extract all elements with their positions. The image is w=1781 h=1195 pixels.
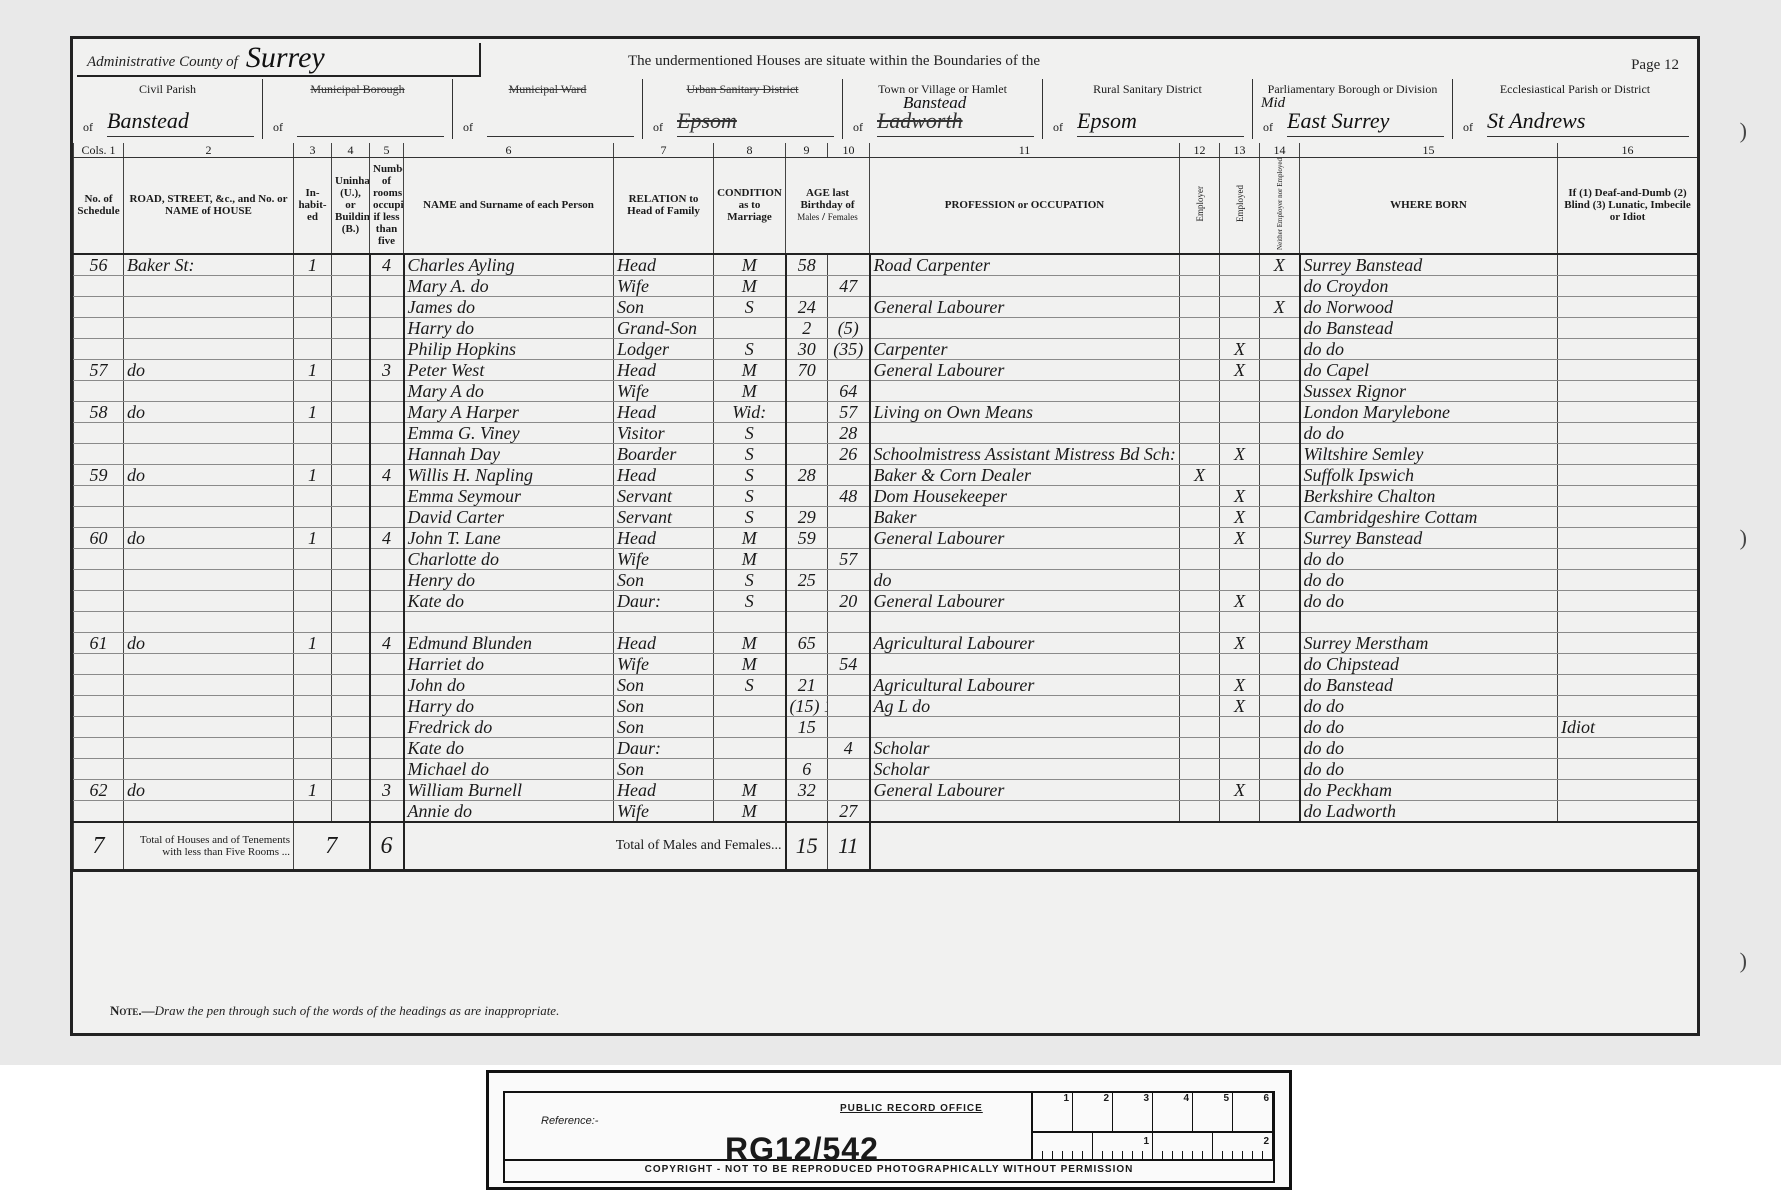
female-age-cell: 57 — [828, 548, 870, 569]
header-condition: CONDITION as to Marriage — [714, 158, 786, 254]
male-age-cell — [786, 485, 828, 506]
female-age-cell — [828, 527, 870, 548]
female-age-cell: 4 — [828, 737, 870, 758]
employer-cell — [1180, 527, 1220, 548]
occupation-cell: General Labourer — [870, 779, 1180, 800]
relation-cell: Daur: — [614, 590, 714, 611]
inhabited-cell — [294, 590, 332, 611]
neither-cell — [1260, 422, 1300, 443]
header-relation: RELATION to Head of Family — [614, 158, 714, 254]
rooms-cell — [370, 275, 404, 296]
table-row: 59do14Willis H. NaplingHeadS28Baker & Co… — [74, 464, 1698, 485]
rooms-cell: 3 — [370, 779, 404, 800]
header-employed: Employed — [1220, 158, 1260, 254]
employer-cell — [1180, 401, 1220, 422]
occupation-cell: General Labourer — [870, 359, 1180, 380]
name-cell: Charlotte do — [404, 548, 614, 569]
condition-cell: S — [714, 296, 786, 317]
name-cell: Willis H. Napling — [404, 464, 614, 485]
scale-tick: 2 — [1213, 1133, 1273, 1159]
column-header-row: No. of Schedule ROAD, STREET, &c., and N… — [74, 158, 1698, 254]
road-cell — [124, 611, 294, 632]
condition-cell: S — [714, 674, 786, 695]
name-cell: Michael do — [404, 758, 614, 779]
condition-cell: M — [714, 653, 786, 674]
infirmity-cell — [1558, 464, 1698, 485]
born-cell: Berkshire Chalton — [1300, 485, 1558, 506]
header-schedule: No. of Schedule — [74, 158, 124, 254]
scanned-page: Administrative County of Surrey The unde… — [0, 0, 1781, 1065]
schedule-cell: 60 — [74, 527, 124, 548]
occupation-cell: Dom Housekeeper — [870, 485, 1180, 506]
road-cell: do — [124, 464, 294, 485]
totals-row: 7 Total of Houses and of Tenements with … — [74, 822, 1698, 871]
infirmity-cell — [1558, 548, 1698, 569]
inhabited-cell — [294, 296, 332, 317]
name-cell: William Burnell — [404, 779, 614, 800]
rooms-cell — [370, 716, 404, 737]
schedule-cell: 58 — [74, 401, 124, 422]
born-cell: do do — [1300, 590, 1558, 611]
occupation-cell: Baker — [870, 506, 1180, 527]
schedule-cell — [74, 800, 124, 822]
header-rooms: Number of rooms occupied if less than fi… — [370, 158, 404, 254]
table-row: 58do1Mary A HarperHeadWid:57Living on Ow… — [74, 401, 1698, 422]
infirmity-cell — [1558, 317, 1698, 338]
born-cell: Surrey Merstham — [1300, 632, 1558, 653]
condition-cell — [714, 758, 786, 779]
inhabited-cell — [294, 275, 332, 296]
neither-cell — [1260, 779, 1300, 800]
female-age-cell — [828, 506, 870, 527]
table-row: Kate doDaur:S20General LabourerXdo do — [74, 590, 1698, 611]
male-age-cell — [786, 380, 828, 401]
name-cell — [404, 611, 614, 632]
infirmity-cell — [1558, 254, 1698, 276]
condition-cell: M — [714, 380, 786, 401]
name-cell: Hannah Day — [404, 443, 614, 464]
district-label: Urban Sanitary District — [643, 83, 842, 96]
col-number: 5 — [370, 143, 404, 158]
neither-cell — [1260, 695, 1300, 716]
total-females: 11 — [828, 822, 870, 871]
male-age-cell: 28 — [786, 464, 828, 485]
name-cell: Mary A Harper — [404, 401, 614, 422]
condition-cell — [714, 737, 786, 758]
born-cell: London Marylebone — [1300, 401, 1558, 422]
road-cell — [124, 443, 294, 464]
employed-cell: X — [1220, 338, 1260, 359]
schedule-cell — [74, 485, 124, 506]
total-houses: 7 — [294, 822, 370, 871]
born-cell: do Norwood — [1300, 296, 1558, 317]
road-cell: do — [124, 359, 294, 380]
uninhabited-cell — [332, 443, 370, 464]
employer-cell — [1180, 296, 1220, 317]
male-age-cell — [786, 443, 828, 464]
employer-cell — [1180, 800, 1220, 822]
col-number: 12 — [1180, 143, 1220, 158]
condition-cell: S — [714, 590, 786, 611]
female-age-cell — [828, 716, 870, 737]
employer-cell — [1180, 506, 1220, 527]
schedule-cell: 59 — [74, 464, 124, 485]
total-tenements: 6 — [370, 822, 404, 871]
female-age-cell — [828, 632, 870, 653]
male-age-cell: 70 — [786, 359, 828, 380]
infirmity-cell — [1558, 443, 1698, 464]
employed-cell: X — [1220, 632, 1260, 653]
neither-cell — [1260, 359, 1300, 380]
district-value: St Andrews — [1487, 106, 1689, 137]
born-cell: do Ladworth — [1300, 800, 1558, 822]
schedule-cell: 57 — [74, 359, 124, 380]
female-age-cell — [828, 695, 870, 716]
condition-cell: S — [714, 443, 786, 464]
female-age-cell — [828, 779, 870, 800]
census-sheet: Administrative County of Surrey The unde… — [70, 36, 1700, 1036]
infirmity-cell — [1558, 653, 1698, 674]
of-label: of — [1053, 120, 1063, 135]
condition-cell: M — [714, 779, 786, 800]
table-row: James doSonS24General LabourerXdo Norwoo… — [74, 296, 1698, 317]
born-cell: do Capel — [1300, 359, 1558, 380]
condition-cell: M — [714, 800, 786, 822]
infirmity-cell — [1558, 737, 1698, 758]
table-row — [74, 611, 1698, 632]
male-age-cell: 29 — [786, 506, 828, 527]
relation-cell: Head — [614, 254, 714, 276]
rooms-cell — [370, 653, 404, 674]
born-cell: do Chipstead — [1300, 653, 1558, 674]
scale-tick: 2 — [1073, 1093, 1113, 1131]
table-row: Emma SeymourServantS48Dom HousekeeperXBe… — [74, 485, 1698, 506]
header-employer-label: Employer — [1194, 186, 1206, 222]
female-age-cell — [828, 359, 870, 380]
male-age-cell — [786, 275, 828, 296]
column-number-row: Cols. 1 2 3 4 5 6 7 8 9 10 11 12 13 14 1… — [74, 143, 1698, 158]
scale-tick: 3 — [1113, 1093, 1153, 1131]
table-row: 56Baker St:14Charles AylingHeadM58Road C… — [74, 254, 1698, 276]
relation-cell: Head — [614, 779, 714, 800]
copyright-notice: COPYRIGHT - NOT TO BE REPRODUCED PHOTOGR… — [503, 1159, 1275, 1183]
schedule-cell: 62 — [74, 779, 124, 800]
uninhabited-cell — [332, 548, 370, 569]
neither-cell — [1260, 590, 1300, 611]
inhabited-cell — [294, 317, 332, 338]
employed-cell — [1220, 758, 1260, 779]
uninhabited-cell — [332, 296, 370, 317]
infirmity-cell — [1558, 611, 1698, 632]
condition-cell: S — [714, 569, 786, 590]
male-age-cell — [786, 653, 828, 674]
inhabited-cell: 1 — [294, 401, 332, 422]
uninhabited-cell — [332, 695, 370, 716]
male-age-cell: 65 — [786, 632, 828, 653]
born-cell — [1300, 611, 1558, 632]
condition-cell: M — [714, 359, 786, 380]
condition-cell — [714, 611, 786, 632]
rooms-cell — [370, 695, 404, 716]
name-cell: Charles Ayling — [404, 254, 614, 276]
of-label: of — [463, 120, 473, 135]
uninhabited-cell — [332, 779, 370, 800]
inhabited-cell — [294, 611, 332, 632]
scale-top: 1 2 3 4 5 6 — [1033, 1093, 1273, 1133]
road-cell — [124, 485, 294, 506]
male-age-cell — [786, 590, 828, 611]
uninhabited-cell — [332, 590, 370, 611]
occupation-cell: Baker & Corn Dealer — [870, 464, 1180, 485]
relation-cell: Head — [614, 527, 714, 548]
rooms-cell — [370, 569, 404, 590]
male-age-cell: 15 — [786, 716, 828, 737]
county-label: Administrative County of — [87, 54, 238, 71]
employer-cell — [1180, 380, 1220, 401]
infirmity-cell — [1558, 275, 1698, 296]
uninhabited-cell — [332, 674, 370, 695]
table-row: Fredrick doSon15do doIdiot — [74, 716, 1698, 737]
infirmity-cell — [1558, 380, 1698, 401]
relation-cell: Son — [614, 758, 714, 779]
born-cell: Surrey Banstead — [1300, 527, 1558, 548]
col-number: 14 — [1260, 143, 1300, 158]
neither-cell — [1260, 569, 1300, 590]
of-label: of — [83, 120, 93, 135]
schedule-cell — [74, 674, 124, 695]
infirmity-cell — [1558, 800, 1698, 822]
male-age-cell — [786, 737, 828, 758]
occupation-cell: Scholar — [870, 758, 1180, 779]
district-label: Ecclesiastical Parish or District — [1453, 83, 1697, 96]
district-parliamentary: Parliamentary Borough or Division Mid of… — [1253, 79, 1453, 139]
table-row: 61do14Edmund BlundenHeadM65Agricultural … — [74, 632, 1698, 653]
table-row: Annie doWifeM27do Ladworth — [74, 800, 1698, 822]
infirmity-cell — [1558, 527, 1698, 548]
road-cell — [124, 716, 294, 737]
relation-cell — [614, 611, 714, 632]
name-cell: Edmund Blunden — [404, 632, 614, 653]
district-ecclesiastical: Ecclesiastical Parish or District of St … — [1453, 79, 1697, 139]
occupation-cell — [870, 611, 1180, 632]
neither-cell — [1260, 275, 1300, 296]
rooms-cell: 3 — [370, 359, 404, 380]
uninhabited-cell — [332, 506, 370, 527]
employer-cell — [1180, 422, 1220, 443]
name-cell: James do — [404, 296, 614, 317]
header-neither-label: Neither Employer nor Employed — [1274, 158, 1286, 250]
district-value — [297, 106, 444, 137]
employer-cell — [1180, 737, 1220, 758]
female-age-cell — [828, 674, 870, 695]
condition-cell: S — [714, 464, 786, 485]
employer-cell — [1180, 548, 1220, 569]
relation-cell: Son — [614, 296, 714, 317]
note-prefix: Note.— — [110, 1003, 155, 1018]
uninhabited-cell — [332, 254, 370, 276]
schedule-cell — [74, 716, 124, 737]
district-value — [487, 106, 634, 137]
condition-cell: S — [714, 506, 786, 527]
schedule-cell — [74, 695, 124, 716]
measurement-scale: 1 2 3 4 5 6 1 2 — [1031, 1093, 1273, 1159]
road-cell — [124, 569, 294, 590]
neither-cell: X — [1260, 254, 1300, 276]
occupation-cell: General Labourer — [870, 296, 1180, 317]
inhabited-cell — [294, 695, 332, 716]
table-row: Mary A doWifeM64Sussex Rignor — [74, 380, 1698, 401]
relation-cell: Servant — [614, 485, 714, 506]
occupation-cell — [870, 422, 1180, 443]
born-cell: do do — [1300, 737, 1558, 758]
infirmity-cell: Idiot — [1558, 716, 1698, 737]
infirmity-cell — [1558, 359, 1698, 380]
name-cell: Henry do — [404, 569, 614, 590]
district-value: Epsom — [677, 106, 834, 137]
rooms-cell — [370, 674, 404, 695]
district-label: Rural Sanitary District — [1043, 83, 1252, 96]
table-row: Harry doGrand-Son2(5)do Banstead — [74, 317, 1698, 338]
district-municipal-ward: Municipal Ward of — [453, 79, 643, 139]
neither-cell — [1260, 611, 1300, 632]
relation-cell: Son — [614, 716, 714, 737]
uninhabited-cell — [332, 611, 370, 632]
schedule-cell — [74, 653, 124, 674]
reference-label: Reference:- — [541, 1115, 598, 1127]
male-age-cell — [786, 611, 828, 632]
county-value: Surrey — [246, 41, 325, 75]
occupation-cell: Schoolmistress Assistant Mistress Bd Sch… — [870, 443, 1180, 464]
name-cell: Mary A do — [404, 380, 614, 401]
name-cell: Fredrick do — [404, 716, 614, 737]
relation-cell: Wife — [614, 275, 714, 296]
infirmity-cell — [1558, 779, 1698, 800]
name-cell: Emma Seymour — [404, 485, 614, 506]
born-cell: do do — [1300, 716, 1558, 737]
col-number: 16 — [1558, 143, 1698, 158]
employer-cell — [1180, 653, 1220, 674]
rooms-cell: 4 — [370, 254, 404, 276]
infirmity-cell — [1558, 758, 1698, 779]
employer-cell — [1180, 611, 1220, 632]
header-age-label: AGE last Birthday of — [800, 187, 854, 211]
census-body: 56Baker St:14Charles AylingHeadM58Road C… — [74, 254, 1698, 822]
county-box: Administrative County of Surrey — [77, 43, 481, 77]
col-number: 4 — [332, 143, 370, 158]
scale-tick: 4 — [1153, 1093, 1193, 1131]
inhabited-cell — [294, 737, 332, 758]
header-infirmity: If (1) Deaf-and-Dumb (2) Blind (3) Lunat… — [1558, 158, 1698, 254]
neither-cell — [1260, 800, 1300, 822]
employer-cell — [1180, 569, 1220, 590]
uninhabited-cell — [332, 422, 370, 443]
born-cell: do Croydon — [1300, 275, 1558, 296]
rooms-cell — [370, 590, 404, 611]
district-municipal-borough: Municipal Borough of — [263, 79, 453, 139]
neither-cell — [1260, 485, 1300, 506]
rooms-cell: 4 — [370, 632, 404, 653]
rooms-cell — [370, 611, 404, 632]
occupation-cell — [870, 653, 1180, 674]
name-cell: David Carter — [404, 506, 614, 527]
col-number: 3 — [294, 143, 332, 158]
occupation-cell — [870, 800, 1180, 822]
relation-cell: Head — [614, 632, 714, 653]
reference-box: Reference:- PUBLIC RECORD OFFICE RG12/54… — [503, 1091, 1275, 1161]
name-cell: John T. Lane — [404, 527, 614, 548]
born-cell: do Peckham — [1300, 779, 1558, 800]
uninhabited-cell — [332, 737, 370, 758]
of-label: of — [853, 120, 863, 135]
neither-cell — [1260, 632, 1300, 653]
relation-cell: Lodger — [614, 338, 714, 359]
infirmity-cell — [1558, 506, 1698, 527]
born-cell: do do — [1300, 422, 1558, 443]
occupation-cell — [870, 317, 1180, 338]
scale-tick: 5 — [1193, 1093, 1233, 1131]
condition-cell: M — [714, 275, 786, 296]
born-cell: do Banstead — [1300, 674, 1558, 695]
road-cell — [124, 380, 294, 401]
name-cell: Kate do — [404, 590, 614, 611]
schedule-cell — [74, 506, 124, 527]
neither-cell — [1260, 548, 1300, 569]
table-row: Henry doSonS25dodo do — [74, 569, 1698, 590]
condition-cell — [714, 716, 786, 737]
road-cell: do — [124, 779, 294, 800]
public-record-office-label: PUBLIC RECORD OFFICE — [840, 1103, 983, 1114]
infirmity-cell — [1558, 338, 1698, 359]
name-cell: Philip Hopkins — [404, 338, 614, 359]
neither-cell — [1260, 464, 1300, 485]
table-row: Harriet doWifeM54do Chipstead — [74, 653, 1698, 674]
employer-cell — [1180, 674, 1220, 695]
neither-cell — [1260, 758, 1300, 779]
employed-cell — [1220, 653, 1260, 674]
occupation-cell: Agricultural Labourer — [870, 632, 1180, 653]
male-age-cell: (15) 18 — [786, 695, 828, 716]
male-age-cell — [786, 401, 828, 422]
employed-cell — [1220, 401, 1260, 422]
condition-cell — [714, 317, 786, 338]
road-cell: do — [124, 632, 294, 653]
male-age-cell: 58 — [786, 254, 828, 276]
neither-cell — [1260, 338, 1300, 359]
road-cell — [124, 737, 294, 758]
uninhabited-cell — [332, 569, 370, 590]
col-number: 10 — [828, 143, 870, 158]
relation-cell: Servant — [614, 506, 714, 527]
employed-cell: X — [1220, 443, 1260, 464]
table-row: John doSonS21Agricultural LabourerXdo Ba… — [74, 674, 1698, 695]
table-row: Kate doDaur:4Scholardo do — [74, 737, 1698, 758]
infirmity-cell — [1558, 296, 1698, 317]
neither-cell — [1260, 380, 1300, 401]
header-inhabited: In-habit-ed — [294, 158, 332, 254]
occupation-cell: Agricultural Labourer — [870, 674, 1180, 695]
col-number: 6 — [404, 143, 614, 158]
employed-cell: X — [1220, 779, 1260, 800]
table-row: Philip HopkinsLodgerS30(35)CarpenterXdo … — [74, 338, 1698, 359]
employer-cell — [1180, 716, 1220, 737]
neither-cell — [1260, 653, 1300, 674]
schedule-cell — [74, 422, 124, 443]
employed-cell — [1220, 569, 1260, 590]
occupation-cell: do — [870, 569, 1180, 590]
employed-cell: X — [1220, 695, 1260, 716]
rooms-cell — [370, 548, 404, 569]
condition-cell: M — [714, 254, 786, 276]
